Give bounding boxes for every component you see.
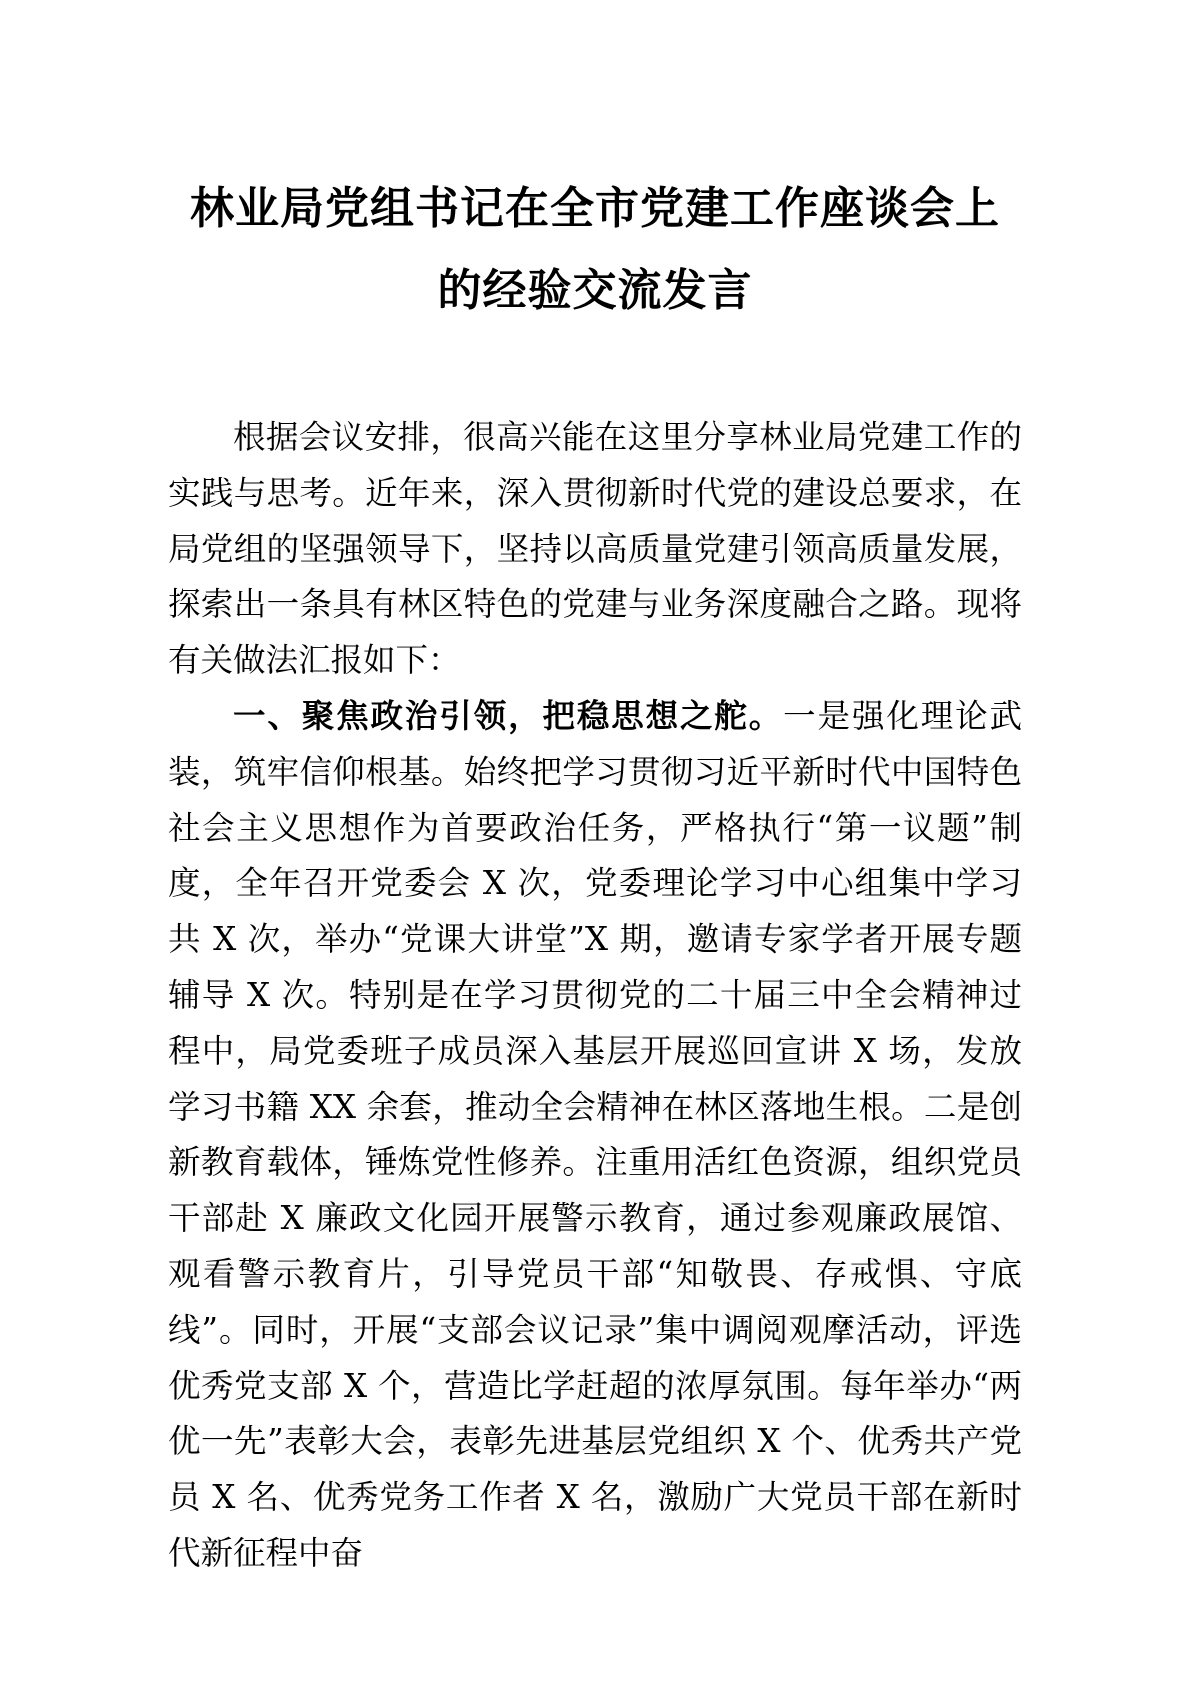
document-body: 根据会议安排，很高兴能在这里分享林业局党建工作的实践与思考。近年来，深入贯彻新时… (168, 410, 1022, 1582)
document-page: 林业局党组书记在全市党建工作座谈会上 的经验交流发言 根据会议安排，很高兴能在这… (0, 0, 1190, 1683)
paragraph-intro: 根据会议安排，很高兴能在这里分享林业局党建工作的实践与思考。近年来，深入贯彻新时… (168, 410, 1022, 689)
section-1-heading: 一、聚焦政治引领，把稳思想之舵。 (233, 698, 783, 734)
section-1-text: 一是强化理论武装，筑牢信仰根基。始终把学习贯彻习近平新时代中国特色社会主义思想作… (168, 697, 1022, 1572)
paragraph-section-1: 一、聚焦政治引领，把稳思想之舵。一是强化理论武装，筑牢信仰根基。始终把学习贯彻习… (168, 689, 1022, 1582)
title-line-2: 的经验交流发言 (0, 250, 1190, 332)
title-line-1: 林业局党组书记在全市党建工作座谈会上 (0, 168, 1190, 250)
document-title: 林业局党组书记在全市党建工作座谈会上 的经验交流发言 (0, 0, 1190, 332)
